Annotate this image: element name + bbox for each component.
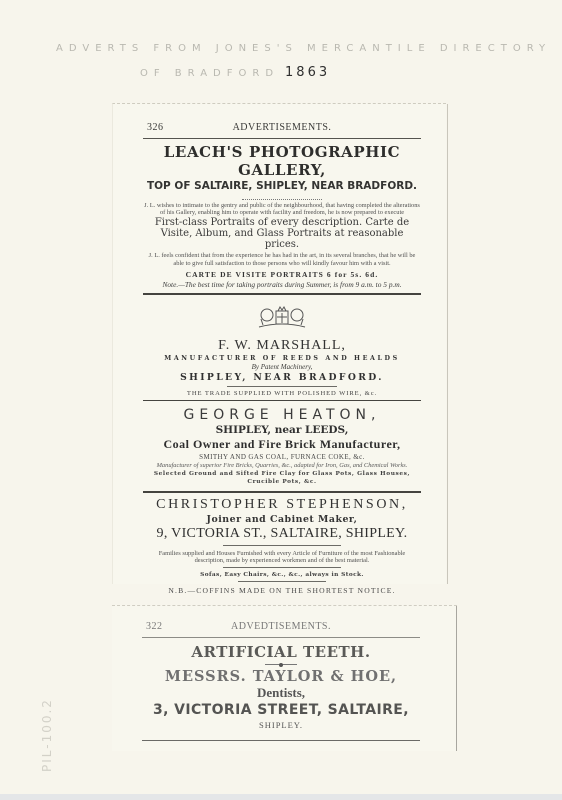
advert-coal: SMITHY AND GAS COAL, FURNACE COKE, &c. [143, 453, 421, 461]
clipping-page-322: 322 ADVEDTISEMENTS. ARTIFICIAL TEETH. ME… [112, 605, 457, 751]
advert-trade: Joiner and Cabinet Maker, [143, 514, 421, 525]
pencil-reference-number: PIL-100.2 [40, 698, 54, 772]
advert-intro: J. L. wishes to intimate to the gentry a… [143, 202, 421, 216]
advert-leach: LEACH'S PHOTOGRAPHIC GALLERY, TOP OF SAL… [143, 143, 421, 295]
advert-description: Families supplied and Houses Furnished w… [143, 550, 421, 564]
divider [223, 567, 341, 568]
advert-heaton: GEORGE HEATON, SHIPLEY, near LEEDS, Coal… [143, 407, 421, 492]
advert-subtitle: TOP OF SALTAIRE, SHIPLEY, NEAR BRADFORD. [143, 180, 421, 192]
divider [223, 545, 341, 546]
advert-place: SHIPLEY, NEAR BRADFORD. [143, 372, 421, 383]
advert-title: GEORGE HEATON, [143, 407, 421, 423]
advert-title: F. W. MARSHALL, [143, 338, 421, 354]
advert-address: 3, VICTORIA STREET, SALTAIRE, [142, 702, 420, 718]
advert-marshall: F. W. MARSHALL, MANUFACTURER OF REEDS AN… [143, 295, 421, 402]
divider [238, 581, 326, 582]
pencil-annotation-line1: Adverts from Jones's Mercantile Director… [56, 43, 551, 54]
scan-edge [0, 794, 562, 800]
advert-notice: N.B.—COFFINS MADE ON THE SHORTEST NOTICE… [143, 586, 421, 595]
advert-confidence: J. L. feels confident that from the expe… [143, 252, 421, 266]
advert-title: CHRISTOPHER STEPHENSON, [143, 497, 421, 513]
ornamental-rule [265, 664, 297, 665]
page-number: 326 [147, 122, 164, 133]
divider [143, 400, 421, 402]
ornamental-rule [242, 195, 322, 200]
clipping-page-326: 326 ADVERTISEMENTS. LEACH'S PHOTOGRAPHIC… [112, 103, 446, 584]
advert-method: By Patent Machinery, [143, 363, 421, 371]
advert-note: Note.—The best time for taking portraits… [143, 280, 421, 289]
advert-title: ARTIFICIAL TEETH. [142, 643, 420, 661]
advert-profession: Dentists, [142, 685, 420, 701]
page-header: 322 ADVEDTISEMENTS. [142, 621, 420, 638]
clipping-edge [447, 104, 448, 584]
advert-taylor-hoe: ARTIFICIAL TEETH. MESSRS. TAYLOR & HOE, … [142, 643, 420, 741]
advert-address: 9, VICTORIA ST., SALTAIRE, SHIPLEY. [143, 526, 421, 542]
advert-place: SHIPLEY, near LEEDS, [143, 424, 421, 436]
pencil-annotation-year: 1863 [285, 65, 330, 80]
advert-clay: Selected Ground and Sifted Fire Clay for… [143, 471, 421, 486]
pencil-annotation-line2: of Bradford1863 [140, 65, 330, 80]
advert-supply: THE TRADE SUPPLIED WITH POLISHED WIRE, &… [143, 390, 421, 397]
advert-feature: First-class Portraits of every descripti… [143, 217, 421, 250]
clipping-edge [456, 606, 457, 751]
divider [227, 386, 337, 387]
advert-stock: Sofas, Easy Chairs, &c., &c., always in … [143, 572, 421, 578]
divider [143, 491, 421, 493]
advert-stephenson: CHRISTOPHER STEPHENSON, Joiner and Cabin… [143, 497, 421, 595]
advert-manufacture: Manufacturer of superior Fire Bricks, Qu… [143, 462, 421, 469]
advert-trade: Coal Owner and Fire Brick Manufacturer, [143, 437, 421, 452]
advert-title: LEACH'S PHOTOGRAPHIC GALLERY, [143, 143, 421, 179]
page-number: 322 [146, 621, 163, 632]
divider [142, 740, 420, 741]
running-title: ADVERTISEMENTS. [233, 122, 332, 133]
advert-town: SHIPLEY. [142, 720, 420, 730]
advert-trade: MANUFACTURER OF REEDS AND HEALDS [143, 355, 421, 362]
running-title: ADVEDTISEMENTS. [231, 621, 331, 632]
advert-price: CARTE DE VISITE PORTRAITS 6 for 5s. 6d. [143, 270, 421, 279]
advert-firm: MESSRS. TAYLOR & HOE, [142, 668, 420, 685]
pencil-annotation-place: of Bradford [140, 68, 279, 79]
page-header: 326 ADVERTISEMENTS. [143, 122, 421, 139]
royal-crest-icon [253, 305, 311, 331]
